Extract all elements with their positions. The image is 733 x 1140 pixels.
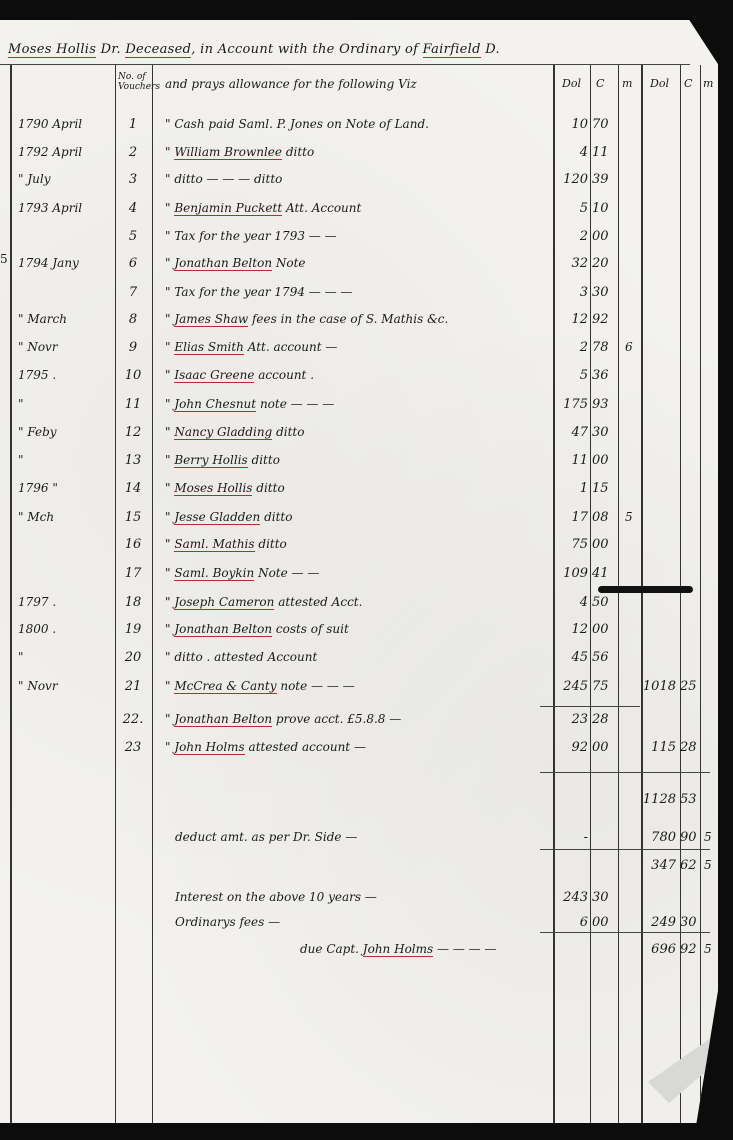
total-dollars: 1128 xyxy=(632,792,676,807)
voucher-number: 11 xyxy=(118,397,148,412)
voucher-number: 13 xyxy=(118,453,148,468)
payee-name: Saml. Mathis xyxy=(174,537,254,552)
entry-date: " xyxy=(18,453,103,467)
payee-name: Jesse Gladden xyxy=(174,510,260,525)
total-dollars: 249 xyxy=(632,915,676,930)
payee-name: Benjamin Puckett xyxy=(174,201,282,216)
title-county: Fairfield xyxy=(423,42,481,58)
voucher-number: 10 xyxy=(118,368,148,383)
summary-row: 347625 xyxy=(0,858,718,882)
subtotal-dollars: 1018 xyxy=(632,679,676,694)
ledger-row: 16" Saml. Mathis ditto7500 xyxy=(0,537,718,561)
voucher-number: 17 xyxy=(118,566,148,581)
entry-description: " Nancy Gladding ditto xyxy=(165,425,304,439)
amount-cents: 28 xyxy=(592,712,618,727)
header-cents-2: C xyxy=(684,77,692,90)
summary-row: 112853 xyxy=(0,792,718,816)
amount-cents: 30 xyxy=(592,425,618,440)
entry-date: 1792 April xyxy=(18,145,103,159)
entry-date: " Novr xyxy=(18,340,103,354)
summary-description: deduct amt. as per Dr. Side — xyxy=(175,830,357,844)
amount-cents: 56 xyxy=(592,650,618,665)
amount-cents: 70 xyxy=(592,117,618,132)
voucher-number: 23 xyxy=(118,740,148,755)
amount-cents: 00 xyxy=(592,740,618,755)
amount-dollars: 6 xyxy=(548,915,588,930)
summary-description: Interest on the above 10 years — xyxy=(175,890,377,904)
ledger-row: 5" Tax for the year 1793 — —200 xyxy=(0,229,718,253)
entry-description: " Jesse Gladden ditto xyxy=(165,510,292,524)
subtotal-rule xyxy=(540,772,710,773)
total-dollars: 696 xyxy=(632,942,676,957)
amount-dollars: 245 xyxy=(548,679,588,694)
voucher-number: 15 xyxy=(118,510,148,525)
amount-cents: 30 xyxy=(592,285,618,300)
ledger-row: " Mch15" Jesse Gladden ditto17085 xyxy=(0,510,718,534)
amount-dollars: 92 xyxy=(548,740,588,755)
ledger-row: " Novr21" McCrea & Canty note — — —24575… xyxy=(0,679,718,703)
voucher-number: 7 xyxy=(118,285,148,300)
entry-description: " Tax for the year 1794 — — — xyxy=(165,285,352,299)
entry-date: 1797 . xyxy=(18,595,103,609)
payee-name: Nancy Gladding xyxy=(174,425,272,440)
amount-dollars: 243 xyxy=(548,890,588,905)
amount-cents: 08 xyxy=(592,510,618,525)
payee-name: Jonathan Belton xyxy=(174,256,272,271)
voucher-number: 21 xyxy=(118,679,148,694)
payee-name: Berry Hollis xyxy=(174,453,247,468)
subtotal-rule xyxy=(540,706,640,707)
entry-date: 1795 . xyxy=(18,368,103,382)
entry-description: " McCrea & Canty note — — — xyxy=(165,679,355,693)
entry-description: " ditto — — — ditto xyxy=(165,172,282,186)
summary-row: Ordinarys fees —60024930 xyxy=(0,915,718,939)
payee-name: John Holms xyxy=(174,740,244,755)
amount-dollars: 120 xyxy=(548,172,588,187)
entry-description: " Elias Smith Att. account — xyxy=(165,340,337,354)
amount-cents: 78 xyxy=(592,340,618,355)
amount-cents: 41 xyxy=(592,566,618,581)
amount-dollars: 12 xyxy=(548,622,588,637)
payee-name: Joseph Cameron xyxy=(174,595,274,610)
entry-description: " Moses Hollis ditto xyxy=(165,481,285,495)
amount-dollars: 3 xyxy=(548,285,588,300)
summary-row: due Capt. John Holms — — — —696925 xyxy=(0,942,718,966)
amount-dollars: 2 xyxy=(548,229,588,244)
payee-name: Elias Smith xyxy=(174,340,244,355)
total-mills: 5 xyxy=(704,830,714,844)
header-cents: C xyxy=(596,77,604,90)
payee-name: William Brownlee xyxy=(174,145,282,160)
entry-date: " xyxy=(18,650,103,664)
subtotal-rule xyxy=(540,932,710,933)
amount-dollars: 5 xyxy=(548,368,588,383)
ledger-row: 1794 Jany6" Jonathan Belton Note3220 xyxy=(0,256,718,280)
amount-dollars: 175 xyxy=(548,397,588,412)
voucher-number: 19 xyxy=(118,622,148,637)
amount-dollars: 23 xyxy=(548,712,588,727)
amount-cents: 39 xyxy=(592,172,618,187)
entry-date: 1790 April xyxy=(18,117,103,131)
entry-description: " Berry Hollis ditto xyxy=(165,453,280,467)
entry-description: " Tax for the year 1793 — — xyxy=(165,229,337,243)
ledger-row: 23" John Holms attested account —9200115… xyxy=(0,740,718,764)
header-mills: m xyxy=(622,77,632,90)
entry-date: " xyxy=(18,397,103,411)
voucher-number: 2 xyxy=(118,145,148,160)
subtotal-cents: 25 xyxy=(680,679,702,694)
amount-dollars: 5 xyxy=(548,201,588,216)
amount-cents: 00 xyxy=(592,915,618,930)
total-cents: 92 xyxy=(680,942,702,957)
header-intro: and prays allowance for the following Vi… xyxy=(165,77,417,91)
subtotal-rule xyxy=(540,849,710,850)
amount-cents: 00 xyxy=(592,229,618,244)
amount-cents: 93 xyxy=(592,397,618,412)
voucher-number: 1 xyxy=(118,117,148,132)
ink-blot xyxy=(598,586,693,593)
entry-description: " William Brownlee ditto xyxy=(165,145,314,159)
amount-cents: 92 xyxy=(592,312,618,327)
payee-name: Jonathan Belton xyxy=(174,622,272,637)
total-mills: 5 xyxy=(704,942,714,956)
voucher-number: 20 xyxy=(118,650,148,665)
amount-dollars: 4 xyxy=(548,595,588,610)
total-cents: 30 xyxy=(680,915,702,930)
voucher-number: 12 xyxy=(118,425,148,440)
amount-cents: 30 xyxy=(592,890,618,905)
total-cents: 53 xyxy=(680,792,702,807)
voucher-number: 18 xyxy=(118,595,148,610)
ledger-row: 22." Jonathan Belton prove acct. £5.8.8 … xyxy=(0,712,718,736)
voucher-number: 22. xyxy=(118,712,148,727)
entry-date: " March xyxy=(18,312,103,326)
voucher-number: 6 xyxy=(118,256,148,271)
subtotal-cents: 28 xyxy=(680,740,702,755)
amount-cents: 50 xyxy=(592,595,618,610)
subtotal-dollars: 115 xyxy=(632,740,676,755)
voucher-number: 3 xyxy=(118,172,148,187)
entry-date: " July xyxy=(18,172,103,186)
entry-date: " Mch xyxy=(18,510,103,524)
ledger-row: 7" Tax for the year 1794 — — —330 xyxy=(0,285,718,309)
amount-cents: 00 xyxy=(592,622,618,637)
voucher-number: 5 xyxy=(118,229,148,244)
summary-description: Ordinarys fees — xyxy=(175,915,280,929)
payee-name: Moses Hollis xyxy=(174,481,252,496)
entry-description: " John Chesnut note — — — xyxy=(165,397,334,411)
entry-date: " Feby xyxy=(18,425,103,439)
ledger-row: " March8" James Shaw fees in the case of… xyxy=(0,312,718,336)
amount-dollars: 17 xyxy=(548,510,588,525)
voucher-number: 9 xyxy=(118,340,148,355)
ledger-row: 1800 .19" Jonathan Belton costs of suit1… xyxy=(0,622,718,646)
ledger-row: "20" ditto . attested Account4556 xyxy=(0,650,718,674)
total-dollars: 347 xyxy=(632,858,676,873)
amount-dollars: 75 xyxy=(548,537,588,552)
amount-dollars: 45 xyxy=(548,650,588,665)
entry-description: " Isaac Greene account . xyxy=(165,368,314,382)
total-dollars: 780 xyxy=(632,830,676,845)
entry-date: 1793 April xyxy=(18,201,103,215)
voucher-number: 14 xyxy=(118,481,148,496)
amount-cents: 15 xyxy=(592,481,618,496)
entry-description: " Jonathan Belton costs of suit xyxy=(165,622,349,636)
page-curl xyxy=(648,1033,718,1103)
ledger-row: 1790 April1" Cash paid Saml. P. Jones on… xyxy=(0,117,718,141)
total-cents: 90 xyxy=(680,830,702,845)
ledger-title: Moses Hollis Dr. Deceased, in Account wi… xyxy=(8,42,500,57)
entry-date: 1800 . xyxy=(18,622,103,636)
entry-date: 1794 Jany xyxy=(18,256,103,270)
payee-name: James Shaw xyxy=(174,312,248,327)
ledger-row: 1792 April2" William Brownlee ditto411 xyxy=(0,145,718,169)
payee-name: John Chesnut xyxy=(174,397,256,412)
title-name: Moses Hollis xyxy=(8,42,96,58)
entry-description: " Saml. Mathis ditto xyxy=(165,537,287,551)
amount-dollars: 2 xyxy=(548,340,588,355)
ledger-row: 1795 .10" Isaac Greene account .536 xyxy=(0,368,718,392)
total-cents: 62 xyxy=(680,858,702,873)
amount-cents: 36 xyxy=(592,368,618,383)
ledger-row: 1796 "14" Moses Hollis ditto115 xyxy=(0,481,718,505)
entry-description: " Benjamin Puckett Att. Account xyxy=(165,201,361,215)
amount-dollars: 47 xyxy=(548,425,588,440)
ledger-row: " Novr9" Elias Smith Att. account —2786 xyxy=(0,340,718,364)
ledger-row: "11" John Chesnut note — — —17593 xyxy=(0,397,718,421)
ledger-row: 1793 April4" Benjamin Puckett Att. Accou… xyxy=(0,201,718,225)
amount-cents: 20 xyxy=(592,256,618,271)
header-dollars: Dol xyxy=(562,77,581,90)
amount-dollars: 12 xyxy=(548,312,588,327)
entry-description: " Cash paid Saml. P. Jones on Note of La… xyxy=(165,117,429,131)
amount-cents: 75 xyxy=(592,679,618,694)
amount-dollars: 109 xyxy=(548,566,588,581)
entry-description: " John Holms attested account — xyxy=(165,740,366,754)
entry-description: " James Shaw fees in the case of S. Math… xyxy=(165,312,448,326)
ledger-row: " July3" ditto — — — ditto12039 xyxy=(0,172,718,196)
summary-row: Interest on the above 10 years —24330 xyxy=(0,890,718,914)
entry-description: " Jonathan Belton Note xyxy=(165,256,306,270)
entry-description: " Joseph Cameron attested Acct. xyxy=(165,595,362,609)
amount-cents: 11 xyxy=(592,145,618,160)
voucher-number: 16 xyxy=(118,537,148,552)
header-voucher-no: No. of Vouchers xyxy=(118,72,152,92)
summary-row: deduct amt. as per Dr. Side —-780905 xyxy=(0,830,718,854)
amount-dollars: 10 xyxy=(548,117,588,132)
header-rule xyxy=(0,64,690,65)
payee-name: Saml. Boykin xyxy=(174,566,254,581)
amount-dollars: 32 xyxy=(548,256,588,271)
amount-mills: 6 xyxy=(625,340,637,354)
ledger-page: Moses Hollis Dr. Deceased, in Account wi… xyxy=(0,20,718,1123)
payee-name: Isaac Greene xyxy=(174,368,254,383)
amount-cents: 00 xyxy=(592,537,618,552)
entry-description: " Saml. Boykin Note — — xyxy=(165,566,319,580)
header-dollars-2: Dol xyxy=(650,77,669,90)
ledger-row: " Feby12" Nancy Gladding ditto4730 xyxy=(0,425,718,449)
payee-name: Jonathan Belton xyxy=(174,712,272,727)
payee-name: McCrea & Canty xyxy=(174,679,276,694)
entry-date: 1796 " xyxy=(18,481,103,495)
voucher-number: 4 xyxy=(118,201,148,216)
payee-name: John Holms xyxy=(363,942,433,957)
amount-dollars: 11 xyxy=(548,453,588,468)
amount-dollars: - xyxy=(548,830,588,845)
amount-mills: 5 xyxy=(625,510,637,524)
amount-cents: 10 xyxy=(592,201,618,216)
total-mills: 5 xyxy=(704,858,714,872)
entry-description: " ditto . attested Account xyxy=(165,650,317,664)
ledger-row: "13" Berry Hollis ditto1100 xyxy=(0,453,718,477)
entry-description: " Jonathan Belton prove acct. £5.8.8 — xyxy=(165,712,401,726)
amount-dollars: 1 xyxy=(548,481,588,496)
ledger-row: 1797 .18" Joseph Cameron attested Acct.4… xyxy=(0,595,718,619)
summary-description: due Capt. John Holms — — — — xyxy=(300,942,496,956)
entry-date: " Novr xyxy=(18,679,103,693)
amount-dollars: 4 xyxy=(548,145,588,160)
voucher-number: 8 xyxy=(118,312,148,327)
amount-cents: 00 xyxy=(592,453,618,468)
header-mills-2: m xyxy=(703,77,713,90)
